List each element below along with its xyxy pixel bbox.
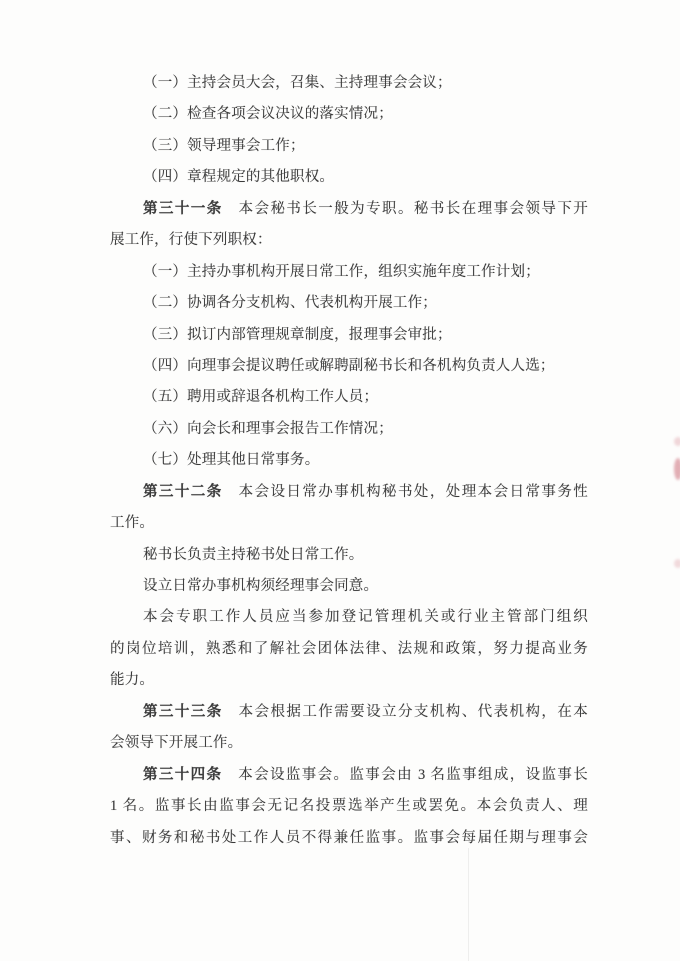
red-stamp-artifact-3 — [674, 559, 680, 568]
doc-text: 能力。 — [110, 672, 154, 688]
article-number: 第三十四条 — [143, 767, 222, 783]
doc-line-17: 设立日常办事机构须经理事会同意。 — [110, 571, 588, 602]
article-number: 第三十三条 — [143, 704, 223, 720]
article-number: 第三十一条 — [143, 201, 223, 217]
doc-line-19: 的岗位培训，熟悉和了解社会团体法律、法规和政策，努力提高业务 — [110, 634, 588, 665]
doc-line-9: （三）拟订内部管理规章制度，报理事会审批； — [110, 320, 588, 351]
doc-text: （一）主持会员大会，召集、主持理事会会议； — [143, 75, 452, 91]
doc-text: 本会专职工作人员应当参加登记管理机关或行业主管部门组织 — [143, 609, 588, 625]
doc-text: （二）协调各分支机构、代表机构开展工作； — [143, 295, 437, 311]
doc-line-12: （六）向会长和理事会报告工作情况； — [110, 414, 588, 445]
doc-text: （四）向理事会提议聘任或解聘副秘书长和各机构负责人人选； — [143, 358, 555, 374]
doc-text: 本会根据工作需要设立分支机构、代表机构，在本 — [223, 704, 588, 720]
doc-text: （三）拟订内部管理规章制度，报理事会审批； — [143, 327, 452, 343]
doc-text: 设立日常办事机构须经理事会同意。 — [143, 578, 378, 594]
doc-text: 工作。 — [110, 515, 154, 531]
doc-line-5: 第三十一条 本会秘书长一般为专职。秘书长在理事会领导下开 — [110, 194, 588, 225]
doc-line-8: （二）协调各分支机构、代表机构开展工作； — [110, 288, 588, 319]
doc-text: 1 名。监事长由监事会无记名投票选举产生或罢免。本会负责人、理 — [110, 798, 588, 814]
doc-line-21: 第三十三条 本会根据工作需要设立分支机构、代表机构，在本 — [110, 697, 588, 728]
doc-text: 的岗位培训，熟悉和了解社会团体法律、法规和政策，努力提高业务 — [110, 641, 588, 657]
doc-text: 本会设监事会。监事会由 3 名监事组成，设监事长 — [222, 767, 588, 783]
doc-text: （三）领导理事会工作； — [143, 138, 305, 154]
doc-line-6: 展工作，行使下列职权： — [110, 225, 588, 256]
red-stamp-artifact-2 — [674, 458, 680, 480]
doc-text: （四）章程规定的其他职权。 — [143, 169, 334, 185]
doc-line-4: （四）章程规定的其他职权。 — [110, 162, 588, 193]
doc-line-22: 会领导下开展工作。 — [110, 728, 588, 759]
doc-text: 会领导下开展工作。 — [110, 735, 242, 751]
doc-line-14: 第三十二条 本会设日常办事机构秘书处，处理本会日常事务性 — [110, 477, 588, 508]
document-text-block: （一）主持会员大会，召集、主持理事会会议；（二）检查各项会议决议的落实情况；（三… — [110, 68, 588, 854]
doc-text: 展工作，行使下列职权： — [110, 232, 272, 248]
doc-text: （七）处理其他日常事务。 — [143, 452, 319, 468]
doc-line-20: 能力。 — [110, 665, 588, 696]
doc-text: （二）检查各项会议决议的落实情况； — [143, 106, 393, 122]
doc-line-11: （五）聘用或辞退各机构工作人员； — [110, 382, 588, 413]
doc-text: （六）向会长和理事会报告工作情况； — [143, 421, 393, 437]
doc-line-10: （四）向理事会提议聘任或解聘副秘书长和各机构负责人人选； — [110, 351, 588, 382]
scan-fold-line-artifact — [468, 848, 469, 961]
doc-line-18: 本会专职工作人员应当参加登记管理机关或行业主管部门组织 — [110, 602, 588, 633]
doc-line-1: （一）主持会员大会，召集、主持理事会会议； — [110, 68, 588, 99]
doc-line-15: 工作。 — [110, 508, 588, 539]
doc-line-7: （一）主持办事机构开展日常工作，组织实施年度工作计划； — [110, 257, 588, 288]
doc-text: 本会设日常办事机构秘书处，处理本会日常事务性 — [223, 484, 588, 500]
doc-text: 秘书长负责主持秘书处日常工作。 — [143, 547, 364, 563]
doc-line-16: 秘书长负责主持秘书处日常工作。 — [110, 540, 588, 571]
doc-line-23: 第三十四条 本会设监事会。监事会由 3 名监事组成，设监事长 — [110, 760, 588, 791]
doc-text: （五）聘用或辞退各机构工作人员； — [143, 389, 378, 405]
doc-line-24: 1 名。监事长由监事会无记名投票选举产生或罢免。本会负责人、理 — [110, 791, 588, 822]
doc-text: 本会秘书长一般为专职。秘书长在理事会领导下开 — [223, 201, 588, 217]
doc-line-3: （三）领导理事会工作； — [110, 131, 588, 162]
article-number: 第三十二条 — [143, 484, 223, 500]
doc-line-13: （七）处理其他日常事务。 — [110, 445, 588, 476]
doc-line-2: （二）检查各项会议决议的落实情况； — [110, 99, 588, 130]
scanned-document-page: （一）主持会员大会，召集、主持理事会会议；（二）检查各项会议决议的落实情况；（三… — [0, 0, 680, 961]
doc-text: 事、财务和秘书处工作人员不得兼任监事。监事会每届任期与理事会 — [110, 830, 588, 846]
doc-line-25: 事、财务和秘书处工作人员不得兼任监事。监事会每届任期与理事会 — [110, 823, 588, 854]
doc-text: （一）主持办事机构开展日常工作，组织实施年度工作计划； — [143, 264, 540, 280]
red-stamp-artifact-1 — [674, 437, 680, 446]
